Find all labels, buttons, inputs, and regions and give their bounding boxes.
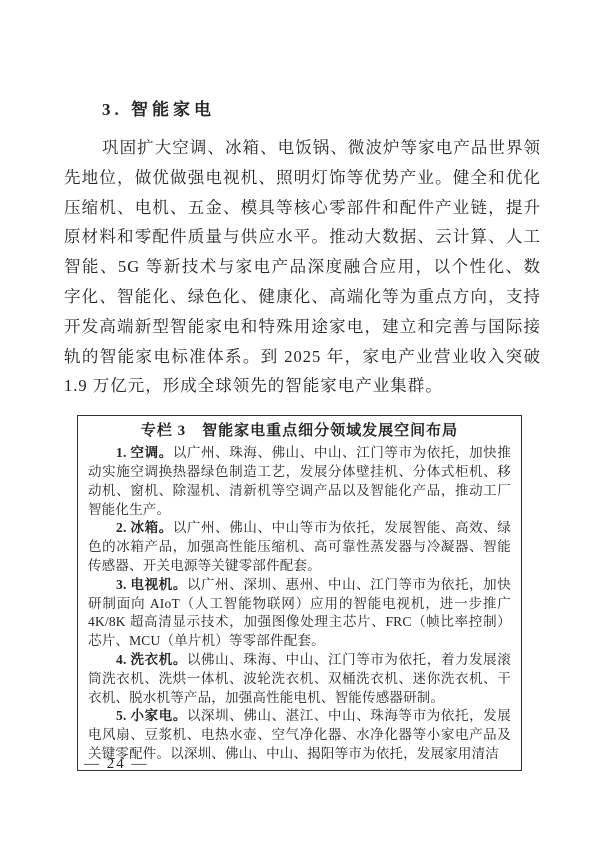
- body-paragraph: 巩固扩大空调、冰箱、电饭锅、微波炉等家电产品世界领先地位，做优做强电视机、照明灯…: [64, 133, 541, 401]
- section-heading: 3. 智能家电: [64, 99, 541, 120]
- box-item-label: 5. 小家电。: [116, 708, 187, 723]
- box-item-label: 4. 洗衣机。: [116, 652, 187, 667]
- document-page: 3. 智能家电 巩固扩大空调、冰箱、电饭锅、微波炉等家电产品世界领先地位，做优做…: [0, 0, 600, 848]
- column-box: 专栏 3 智能家电重点细分领域发展空间布局 1. 空调。以广州、珠海、佛山、中山…: [77, 415, 522, 771]
- box-item-small-appliances: 5. 小家电。以深圳、佛山、湛江、中山、珠海等市为依托，发展电风扇、豆浆机、电热…: [88, 707, 511, 763]
- box-item-refrigerator: 2. 冰箱。以广州、佛山、中山等市为依托，发展智能、高效、绿色的冰箱产品，加强高…: [88, 519, 511, 575]
- box-item-television: 3. 电视机。以广州、深圳、惠州、中山、江门等市为依托，加快研制面向 AIoT（…: [88, 576, 511, 651]
- page-content: 3. 智能家电 巩固扩大空调、冰箱、电饭锅、微波炉等家电产品世界领先地位，做优做…: [64, 0, 541, 771]
- box-item-label: 3. 电视机。: [116, 577, 187, 592]
- box-title: 专栏 3 智能家电重点细分领域发展空间布局: [88, 420, 511, 442]
- box-item-label: 2. 冰箱。: [116, 520, 173, 535]
- box-item-air-conditioner: 1. 空调。以广州、珠海、佛山、中山、江门等市为依托，加快推动实施空调换热器绿色…: [88, 444, 511, 519]
- page-number: — 24 —: [84, 756, 149, 773]
- box-item-label: 1. 空调。: [116, 445, 173, 460]
- box-item-washing-machine: 4. 洗衣机。以佛山、珠海、中山、江门等市为依托，着力发展滚筒洗衣机、洗烘一体机…: [88, 651, 511, 707]
